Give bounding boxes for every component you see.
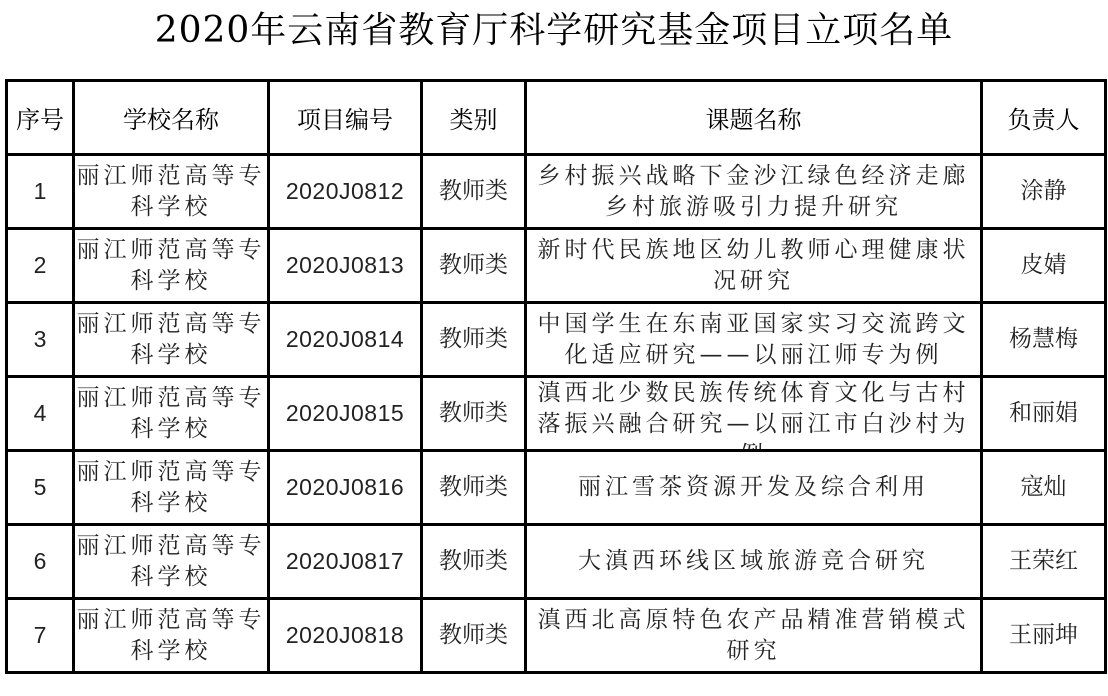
table-row: 1 丽江师范高等专科学校 2020J0812 教师类 乡村振兴战略下金沙江绿色经…	[7, 155, 1106, 229]
cell-code: 2020J0818	[269, 599, 422, 673]
header-category: 类别	[422, 81, 526, 155]
cell-code: 2020J0815	[269, 377, 422, 451]
cell-topic: 中国学生在东南亚国家实习交流跨文化适应研究——以丽江师专为例	[526, 303, 982, 377]
cell-category: 教师类	[422, 229, 526, 303]
cell-category: 教师类	[422, 599, 526, 673]
cell-leader: 和丽娟	[982, 377, 1106, 451]
cell-school: 丽江师范高等专科学校	[74, 377, 269, 451]
cell-category: 教师类	[422, 303, 526, 377]
cell-code: 2020J0813	[269, 229, 422, 303]
cell-topic: 乡村振兴战略下金沙江绿色经济走廊乡村旅游吸引力提升研究	[526, 155, 982, 229]
cell-leader: 涂静	[982, 155, 1106, 229]
cell-index: 6	[7, 525, 74, 599]
cell-index: 1	[7, 155, 74, 229]
cell-school: 丽江师范高等专科学校	[74, 525, 269, 599]
table-row: 2 丽江师范高等专科学校 2020J0813 教师类 新时代民族地区幼儿教师心理…	[7, 229, 1106, 303]
cell-category: 教师类	[422, 451, 526, 525]
cell-index: 7	[7, 599, 74, 673]
cell-school: 丽江师范高等专科学校	[74, 303, 269, 377]
header-topic: 课题名称	[526, 81, 982, 155]
cell-topic: 滇西北少数民族传统体育文化与古村落振兴融合研究—以丽江市白沙村为例	[526, 377, 982, 451]
cell-leader: 杨慧梅	[982, 303, 1106, 377]
header-code: 项目编号	[269, 81, 422, 155]
table-header-row: 序号 学校名称 项目编号 类别 课题名称 负责人	[7, 81, 1106, 155]
cell-leader: 寇灿	[982, 451, 1106, 525]
page-title: 2020年云南省教育厅科学研究基金项目立项名单	[0, 6, 1108, 56]
cell-code: 2020J0816	[269, 451, 422, 525]
cell-topic: 滇西北高原特色农产品精准营销模式研究	[526, 599, 982, 673]
table-row: 7 丽江师范高等专科学校 2020J0818 教师类 滇西北高原特色农产品精准营…	[7, 599, 1106, 673]
cell-index: 2	[7, 229, 74, 303]
cell-school: 丽江师范高等专科学校	[74, 155, 269, 229]
cell-leader: 王丽坤	[982, 599, 1106, 673]
cell-school: 丽江师范高等专科学校	[74, 229, 269, 303]
cell-index: 3	[7, 303, 74, 377]
cell-category: 教师类	[422, 155, 526, 229]
cell-category: 教师类	[422, 525, 526, 599]
header-index: 序号	[7, 81, 74, 155]
header-leader: 负责人	[982, 81, 1106, 155]
cell-topic: 大滇西环线区域旅游竞合研究	[526, 525, 982, 599]
table-row: 6 丽江师范高等专科学校 2020J0817 教师类 大滇西环线区域旅游竞合研究…	[7, 525, 1106, 599]
cell-topic: 丽江雪茶资源开发及综合利用	[526, 451, 982, 525]
project-list-table: 序号 学校名称 项目编号 类别 课题名称 负责人 1 丽江师范高等专科学校 20…	[5, 79, 1107, 674]
cell-leader: 王荣红	[982, 525, 1106, 599]
cell-code: 2020J0812	[269, 155, 422, 229]
table-row: 4 丽江师范高等专科学校 2020J0815 教师类 滇西北少数民族传统体育文化…	[7, 377, 1106, 451]
cell-category: 教师类	[422, 377, 526, 451]
table-row: 5 丽江师范高等专科学校 2020J0816 教师类 丽江雪茶资源开发及综合利用…	[7, 451, 1106, 525]
cell-topic: 新时代民族地区幼儿教师心理健康状况研究	[526, 229, 982, 303]
header-school: 学校名称	[74, 81, 269, 155]
cell-school: 丽江师范高等专科学校	[74, 451, 269, 525]
cell-index: 5	[7, 451, 74, 525]
cell-school: 丽江师范高等专科学校	[74, 599, 269, 673]
cell-leader: 皮婧	[982, 229, 1106, 303]
cell-topic-text: 滇西北少数民族传统体育文化与古村落振兴融合研究—以丽江市白沙村为例	[527, 378, 980, 449]
cell-code: 2020J0814	[269, 303, 422, 377]
cell-index: 4	[7, 377, 74, 451]
table-row: 3 丽江师范高等专科学校 2020J0814 教师类 中国学生在东南亚国家实习交…	[7, 303, 1106, 377]
cell-code: 2020J0817	[269, 525, 422, 599]
